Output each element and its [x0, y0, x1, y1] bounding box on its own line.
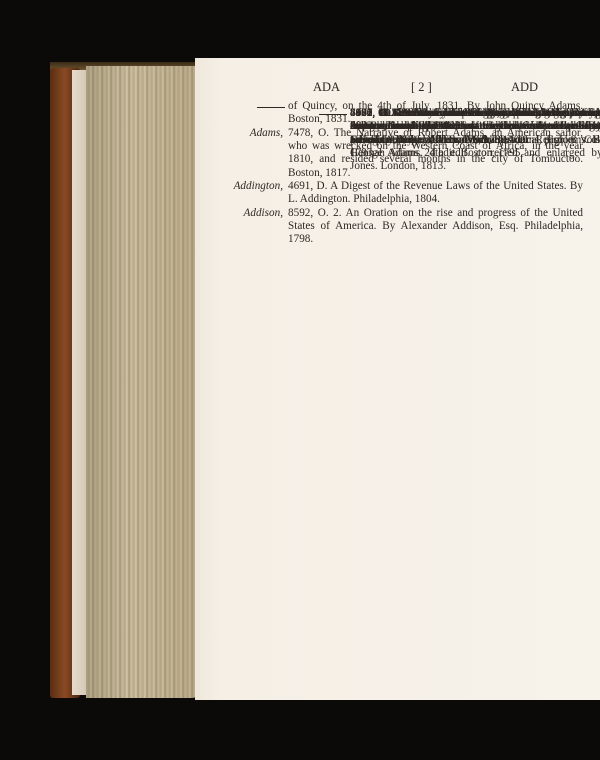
- catalog-entry: Addison,8592, O. 2. An Oration on the ri…: [195, 207, 600, 247]
- entry-text: 4691, D. A Digest of the Revenue Laws of…: [288, 180, 583, 207]
- book-page-edges: [86, 66, 198, 698]
- book-page: ADA [ 2 ] ADD of Quincy, on the 4th of J…: [195, 58, 600, 700]
- entry-text: 8592, O. 2. An Oration on the rise and p…: [288, 207, 583, 247]
- running-header: ADA [ 2 ] ADD: [195, 80, 600, 96]
- catalog-entry: Addington,4691, D. A Digest of the Reven…: [195, 180, 600, 207]
- author-heading: Addison,: [244, 207, 283, 220]
- author-heading: Adams,: [250, 127, 283, 140]
- author-heading: Addington,: [234, 180, 283, 193]
- catalog-entries: of Quincy, on the 4th of July, 1831. By …: [195, 100, 600, 247]
- entry-text: 8606, O. 2. The Trial of Alexander Addis…: [350, 107, 600, 134]
- ditto-dash: [319, 114, 347, 115]
- header-right: ADD: [511, 80, 538, 95]
- catalog-entry: 8606, O. 2. The Trial of Alexander Addis…: [257, 107, 285, 108]
- header-left: ADA: [313, 80, 340, 95]
- page-number: [ 2 ]: [411, 80, 432, 95]
